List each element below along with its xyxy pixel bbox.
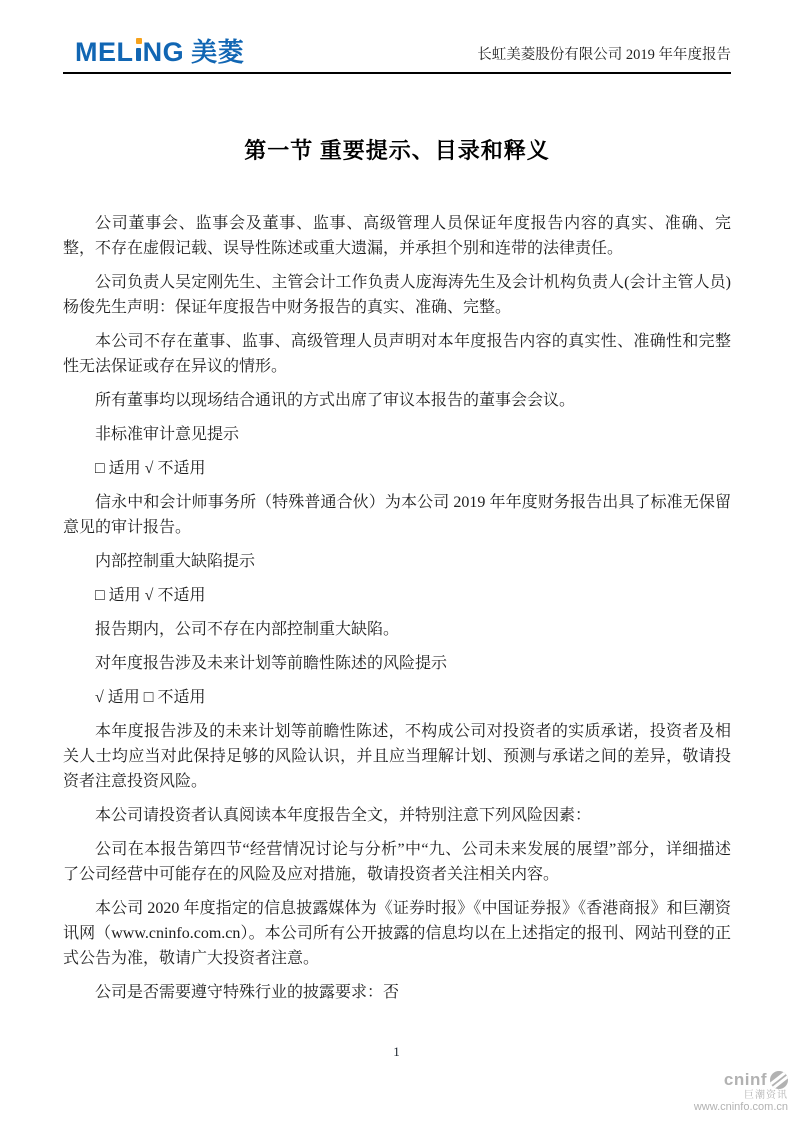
cninfo-watermark: cninf 巨潮资讯 www.cninfo.com.cn [694, 1070, 788, 1114]
checkline-forward-looking: √ 适用 □ 不适用 [63, 685, 731, 710]
label-nonstandard-audit: 非标准审计意见提示 [63, 422, 731, 447]
page-header: MELNG 美菱 长虹美菱股份有限公司 2019 年年度报告 [63, 28, 731, 74]
cninfo-brand-text: cninf [724, 1070, 767, 1090]
paragraph-no-objection: 本公司不存在董事、监事、高级管理人员声明对本年度报告内容的真实性、准确性和完整性… [63, 329, 731, 379]
section-content: 公司董事会、监事会及董事、监事、高级管理人员保证年度报告内容的真实、准确、完整，… [63, 211, 731, 1005]
paragraph-audit-report: 信永中和会计师事务所（特殊普通合伙）为本公司 2019 年年度财务报告出具了标准… [63, 490, 731, 540]
paragraph-directors-attendance: 所有董事均以现场结合通讯的方式出席了审议本报告的董事会会议。 [63, 388, 731, 413]
logo-text-cn: 美菱 [191, 39, 244, 65]
paragraph-disclosure-media: 本公司 2020 年度指定的信息披露媒体为《证券时报》《中国证券报》《香港商报》… [63, 896, 731, 971]
label-internal-control: 内部控制重大缺陷提示 [63, 549, 731, 574]
report-page: MELNG 美菱 长虹美菱股份有限公司 2019 年年度报告 第一节 重要提示、… [0, 0, 793, 1122]
cninfo-brand-cn: 巨潮资讯 [694, 1090, 788, 1102]
checkline-internal-control: □ 适用 √ 不适用 [63, 583, 731, 608]
document-title: 长虹美菱股份有限公司 2019 年年度报告 [477, 43, 731, 66]
logo-i-dot-icon [136, 38, 142, 44]
page-number: 1 [0, 1044, 793, 1060]
meling-logo: MELNG 美菱 [63, 39, 244, 66]
cninfo-swirl-icon [770, 1071, 788, 1089]
section-title: 第一节 重要提示、目录和释义 [63, 134, 731, 165]
logo-text-pre: MEL [75, 39, 134, 66]
paragraph-risk-reference: 公司在本报告第四节“经营情况讨论与分析”中“九、公司未来发展的展望”部分，详细描… [63, 837, 731, 887]
paragraph-forward-looking-statement: 本年度报告涉及的未来计划等前瞻性陈述，不构成公司对投资者的实质承诺，投资者及相关… [63, 719, 731, 794]
logo-text-post: NG [143, 39, 185, 66]
paragraph-board-guarantee: 公司董事会、监事会及董事、监事、高级管理人员保证年度报告内容的真实、准确、完整，… [63, 211, 731, 261]
logo-i-stem [136, 48, 141, 61]
cninfo-brand-row: cninf [694, 1070, 788, 1090]
page-body: 第一节 重要提示、目录和释义 公司董事会、监事会及董事、监事、高级管理人员保证年… [63, 74, 731, 1014]
paragraph-read-notice: 本公司请投资者认真阅读本年度报告全文，并特别注意下列风险因素： [63, 803, 731, 828]
paragraph-special-industry: 公司是否需要遵守特殊行业的披露要求：否 [63, 980, 731, 1005]
checkline-nonstandard-audit: □ 适用 √ 不适用 [63, 456, 731, 481]
paragraph-responsible-declaration: 公司负责人吴定刚先生、主管会计工作负责人庞海涛先生及会计机构负责人(会计主管人员… [63, 270, 731, 320]
cninfo-url: www.cninfo.com.cn [694, 1101, 788, 1114]
logo-letter-i [134, 40, 143, 61]
label-forward-looking-risk: 对年度报告涉及未来计划等前瞻性陈述的风险提示 [63, 651, 731, 676]
paragraph-internal-control-result: 报告期内，公司不存在内部控制重大缺陷。 [63, 617, 731, 642]
